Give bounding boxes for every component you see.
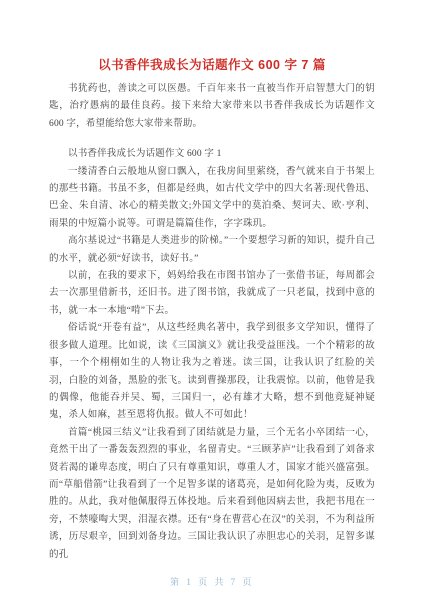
section-heading: 以书香伴我成长为话题作文 600 字 1 — [49, 146, 375, 163]
essay-paragraph-5: 首篇“桃园三结义”让我看到了团结就是力量，三个无名小卒团结一心，竟然干出了一番轰… — [49, 425, 375, 564]
essay-paragraph-4: 俗话说“开卷有益”，从这些经典名著中，我学到很多文学知识，懂得了很多做人道理。比… — [49, 320, 375, 424]
page-number-footer: 第 1 页 共 7 页 — [49, 575, 375, 588]
document-page: 以书香伴我成长为话题作文 600 字 7 篇 书犹药也，善读之可以医愚。千百年来… — [0, 0, 424, 600]
essay-paragraph-2: 高尔基说过“书籍是人类进步的阶梯。”一个要想学习新的知识，提升自己的水平，就必须… — [49, 233, 375, 268]
essay-paragraph-3: 以前，在我的要求下，妈妈给我在市图书馆办了一张借书证，每周都会去一次那里借新书，… — [49, 268, 375, 320]
intro-paragraph: 书犹药也，善读之可以医愚。千百年来书一直被当作开启智慧大门的钥匙，治疗愚病的最佳… — [49, 81, 375, 133]
essay-paragraph-1: 一缕清香白云般地从窗口飘入，在我房间里萦绕，香气就来自于书架上的那些书籍。书虽不… — [49, 164, 375, 234]
document-title: 以书香伴我成长为话题作文 600 字 7 篇 — [49, 58, 375, 73]
